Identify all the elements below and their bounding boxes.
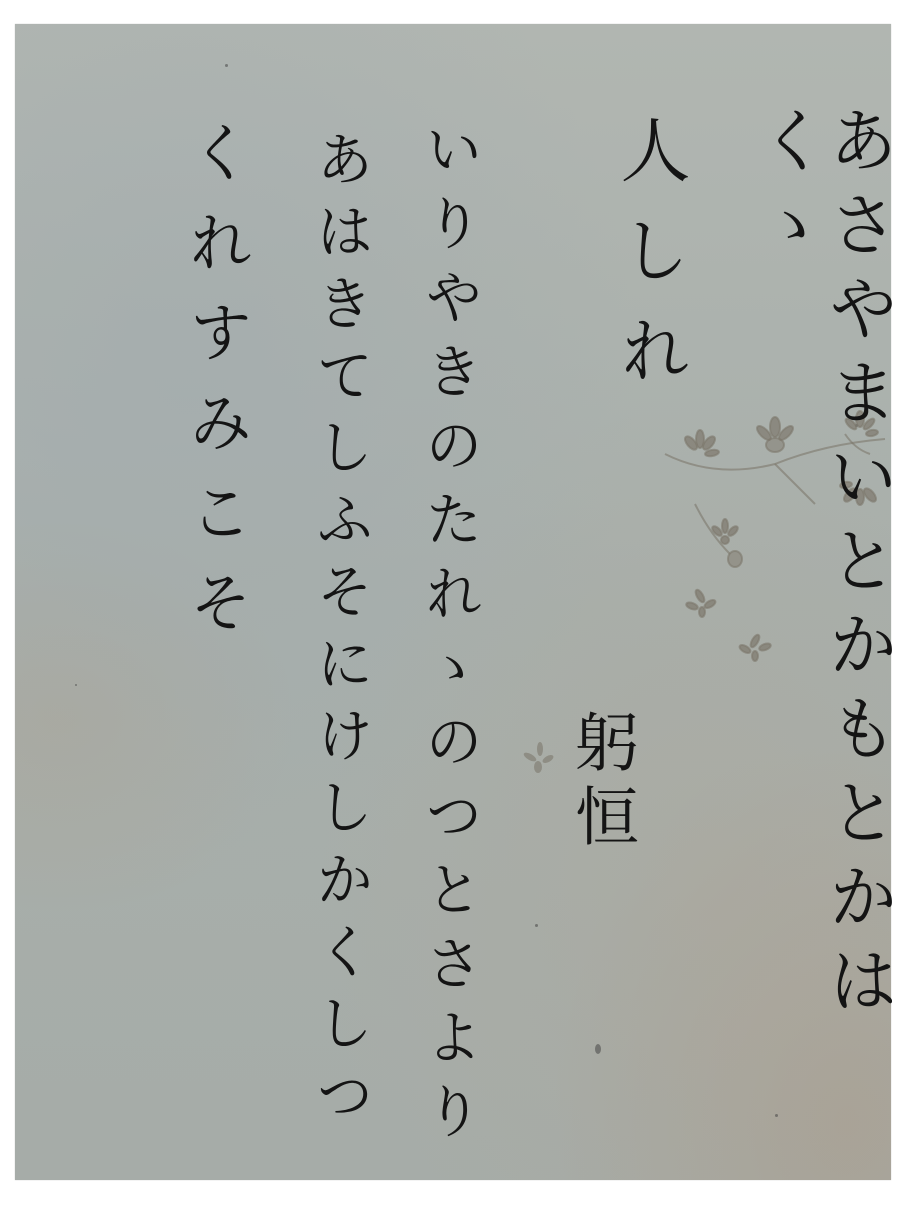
paper-speck <box>75 684 77 686</box>
floral-decoration-small <box>520 739 560 779</box>
poem-column-5: くれすみこそ <box>183 119 247 659</box>
paper-speck <box>595 1044 601 1054</box>
manuscript-sheet: あさやまいとかもとかはくゝ 人しれ 躬恒 いりやきのたれゝのつとさより あはきて… <box>15 24 891 1180</box>
paper-speck <box>535 924 538 927</box>
poem-column-3: いりやきのたれゝのつとさより <box>420 119 478 1155</box>
floral-sprig-icon <box>520 739 560 779</box>
paper-speck <box>225 64 228 67</box>
poem-column-1: あさやまいとかもとかはくゝ <box>753 104 893 1180</box>
poem-column-2: 人しれ <box>615 114 685 414</box>
author-signature: 躬恒 <box>555 709 647 857</box>
poem-column-4: あはきてしふそにけしかくしつ <box>311 129 369 1137</box>
